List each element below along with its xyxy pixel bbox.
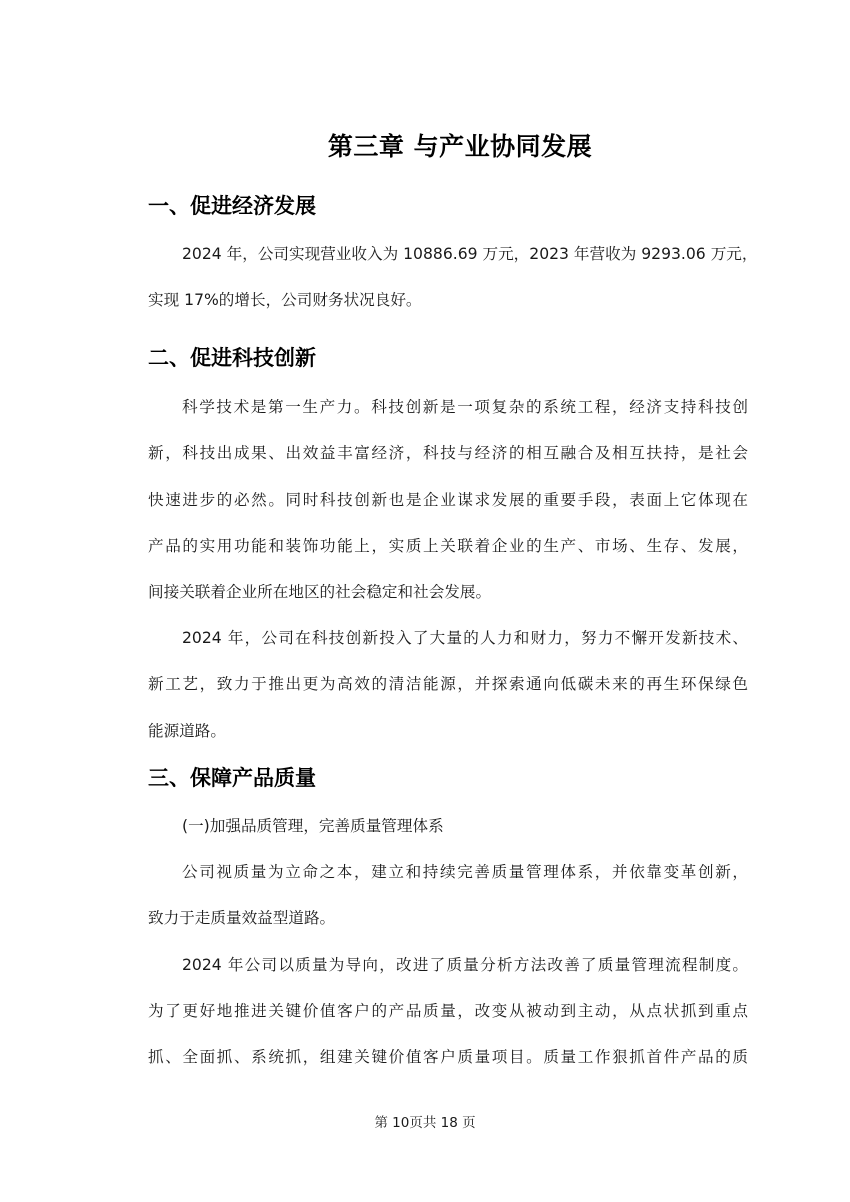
paragraph-line: 2024 年，公司在科技创新投入了大量的人力和财力，努力不懈开发新技术、 — [182, 628, 748, 648]
paragraph-line: 科学技术是第一生产力。科技创新是一项复杂的系统工程，经济支持科技创 — [182, 397, 748, 417]
paragraph-line: 抓、全面抓、系统抓，组建关键价值客户质量项目。质量工作狠抓首件产品的质 — [148, 1047, 748, 1067]
paragraph-line: 新工艺，致力于推出更为高效的清洁能源，并探索通向低碳未来的再生环保绿色 — [148, 674, 748, 694]
document-page: 第三章 与产业协同发展 一、促进经济发展 2024 年，公司实现营业收入为 10… — [0, 0, 850, 1202]
paragraph-line: 公司视质量为立命之本，建立和持续完善质量管理体系，并依靠变革创新， — [182, 862, 748, 882]
paragraph-line: 实现 17%的增长，公司财务状况良好。 — [148, 290, 748, 310]
paragraph-line: 快速进步的必然。同时科技创新也是企业谋求发展的重要手段，表面上它体现在 — [148, 490, 748, 510]
paragraph-line: 2024 年，公司实现营业收入为 10886.69 万元，2023 年营收为 9… — [182, 244, 748, 264]
section-heading-economic-development: 一、促进经济发展 — [148, 190, 316, 220]
paragraph-line: 2024 年公司以质量为导向，改进了质量分析方法改善了质量管理流程制度。 — [182, 955, 748, 975]
paragraph-line: 为了更好地推进关键价值客户的产品质量，改变从被动到主动，从点状抓到重点 — [148, 1001, 748, 1021]
paragraph-line: 新，科技出成果、出效益丰富经济，科技与经济的相互融合及相互扶持，是社会 — [148, 443, 748, 463]
paragraph-line: 间接关联着企业所在地区的社会稳定和社会发展。 — [148, 582, 748, 602]
paragraph-line: 产品的实用功能和装饰功能上，实质上关联着企业的生产、市场、生存、发展， — [148, 536, 748, 556]
chapter-title: 第三章 与产业协同发展 — [0, 127, 850, 163]
page-number-footer: 第 10页共 18 页 — [0, 1111, 850, 1131]
section-heading-tech-innovation: 二、促进科技创新 — [148, 342, 316, 372]
section-heading-product-quality: 三、保障产品质量 — [148, 762, 316, 792]
subsection-heading: (一)加强品质管理，完善质量管理体系 — [182, 816, 748, 836]
paragraph-line: 致力于走质量效益型道路。 — [148, 908, 748, 928]
paragraph-line: 能源道路。 — [148, 721, 748, 741]
